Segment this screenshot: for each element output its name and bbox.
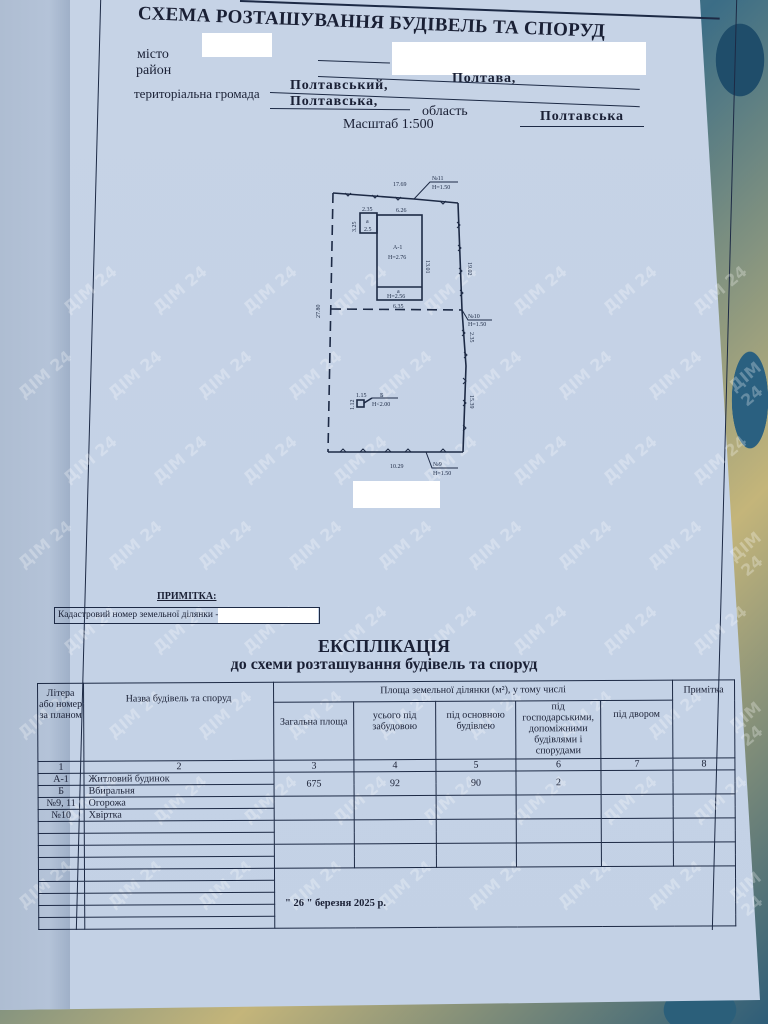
col-num: 1: [38, 761, 84, 773]
note-value: [673, 770, 735, 794]
header-yard: під двором: [601, 700, 673, 758]
toilet-height: Н<2.00: [372, 402, 390, 408]
auxiliary-value: 2: [516, 771, 601, 795]
row-letter: Б: [38, 785, 84, 797]
dim-house-top: 6.26: [396, 208, 407, 214]
row-letter: №10: [38, 809, 84, 821]
row-name: Вбиральня: [84, 784, 274, 797]
fence-9-height: Н=1.50: [433, 471, 451, 477]
house-part-height: Н=2.56: [387, 294, 405, 300]
yard-value: [601, 770, 673, 794]
col-num: 3: [274, 760, 354, 772]
note-title: ПРИМІТКА:: [157, 591, 216, 602]
dim-toilet-top: 1.15: [356, 393, 367, 399]
row-name: Житловий будинок: [84, 772, 274, 785]
house-label: А-1: [393, 245, 402, 251]
gate-10-height: Н=1.50: [468, 322, 486, 328]
row-letter: №9, 11: [38, 797, 84, 809]
toilet-label: Б: [380, 393, 384, 399]
fence-11-height: Н=1.50: [432, 185, 450, 191]
col-num: 4: [354, 759, 436, 771]
header-letter: Літера або номер за планом: [38, 683, 84, 761]
annex-label: а: [366, 219, 369, 225]
table-row: А-1 Житловий будинок 675 92 90 2: [38, 770, 735, 786]
row-name: Огорожа: [84, 796, 274, 809]
header-built-total: усього під забудовою: [354, 701, 436, 759]
house-height: Н=2.76: [388, 255, 406, 261]
col-num: 5: [436, 759, 516, 771]
dim-right-middle: 2.35: [468, 332, 474, 343]
col-num: 8: [673, 758, 735, 770]
dim-house-bottom: 6.35: [393, 304, 404, 310]
gate-10-label: №10: [468, 314, 480, 320]
dim-toilet-side: 1.12: [350, 400, 356, 411]
cadastral-label: Кадастровий номер земельної ділянки -: [58, 610, 219, 620]
header-area-group: Площа земельної ділянки (м²), у тому чис…: [273, 680, 672, 702]
header-total-area: Загальна площа: [274, 702, 354, 760]
header-name: Назва будівель та споруд: [84, 682, 274, 761]
fence-9-label: №9: [433, 462, 442, 468]
explication-table: Літера або номер за планом Назва будівел…: [37, 679, 736, 930]
dim-right-lower: 15.39: [468, 395, 474, 409]
fence-11-label: №11: [432, 176, 444, 182]
row-letter: А-1: [38, 773, 84, 785]
dim-right-upper: 19.02: [466, 262, 472, 276]
annex-height: 2.5: [364, 227, 372, 233]
header-note: Примітка: [672, 680, 734, 758]
row-name: Хвіртка: [84, 808, 274, 821]
redacted-stamp: [353, 481, 440, 508]
col-num: 6: [516, 759, 601, 771]
header-main-building: під основною будівлею: [436, 701, 516, 759]
total-area-value: 675: [274, 772, 354, 796]
dim-annex-top: 2.35: [362, 207, 373, 213]
dim-house-side: 13.01: [424, 260, 430, 274]
main-building-value: 90: [436, 771, 516, 795]
dim-top: 17.69: [393, 182, 407, 188]
dim-left: 27.80: [316, 305, 322, 319]
header-auxiliary: під господарськими, допоміжними будівлям…: [516, 701, 601, 759]
col-num: 7: [601, 758, 673, 770]
dim-annex-side: 3.25: [352, 222, 358, 233]
col-num: 2: [84, 760, 274, 773]
built-total-value: 92: [354, 771, 436, 795]
table-row: №9, 11 Огорожа: [38, 794, 735, 810]
redacted-cadastral-number: [218, 608, 318, 623]
dim-bottom: 10.29: [390, 464, 404, 470]
document-date: " 26 " березня 2025 р.: [285, 898, 386, 909]
explication-subtitle: до схеми розташування будівель та споруд: [0, 656, 768, 674]
explication-title: ЕКСПЛІКАЦІЯ: [0, 636, 768, 657]
